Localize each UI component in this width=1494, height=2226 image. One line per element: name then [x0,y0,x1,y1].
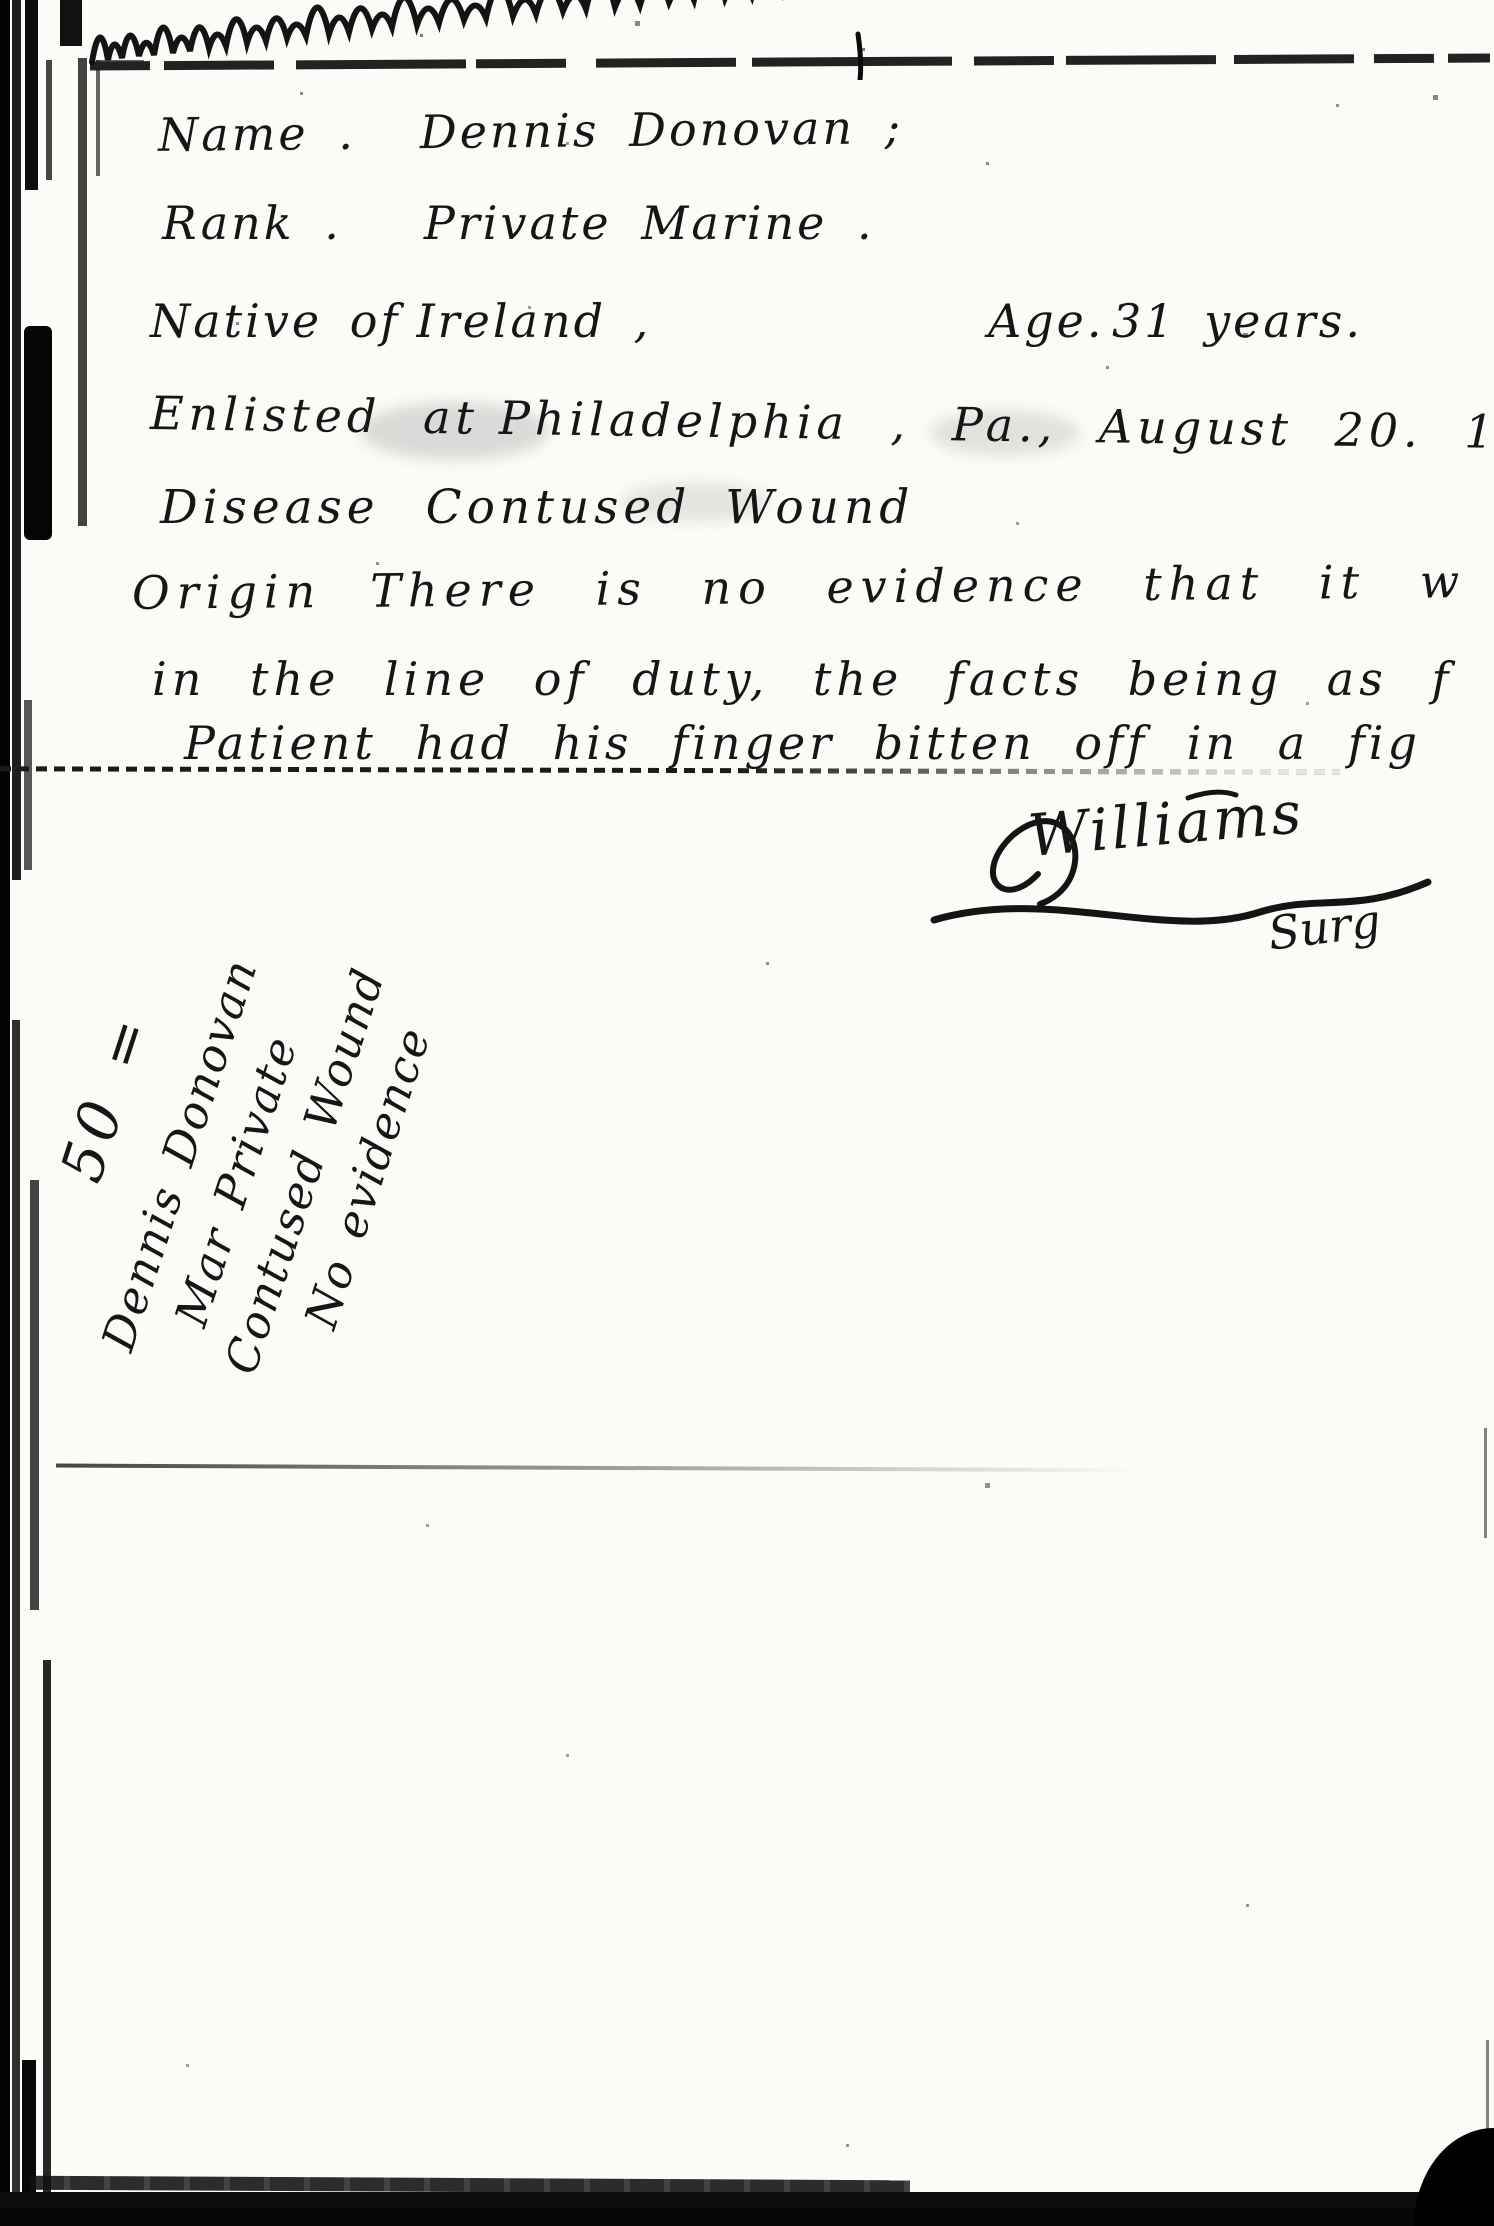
record-line-name: Name .Dennis Donovan ; [158,100,904,162]
signature-block: Williams Surg [920,778,1494,988]
section-divider-rule [56,1464,1186,1473]
binding-streak [46,60,52,180]
record-line-origin-continued: Patient had his finger bitten off in a f… [184,716,1421,770]
binding-streak [0,0,10,2226]
binding-streak [78,58,87,526]
disease-field-value: Contused Wound [426,480,915,535]
bottom-edge-band [0,2208,1494,2226]
top-cutoff-scrawl [0,0,1494,80]
binding-streak [24,326,52,540]
origin-field-label: Origin [132,564,323,620]
record-line-native-age: Native ofIreland , Age. 31 years. [150,294,1494,348]
age-field-label: Age. [988,294,1105,348]
name-field-value: Dennis Donovan ; [419,100,903,159]
scan-edge-mark [1484,1428,1487,1538]
margin-annotation: 50 = Dennis Donovan Mar Private Contused… [4,780,497,1416]
scan-edge-mark [1486,2040,1489,2140]
bottom-edge-band [0,2192,1494,2209]
page-corner-line [96,60,144,64]
disease-field-label: Disease [160,480,380,535]
binding-streak [60,0,82,46]
record-line-rank: Rank .Private Marine . [162,196,875,250]
page-corner-line [96,60,100,176]
bottom-corner-shadow [1414,2128,1494,2226]
rank-field-label: Rank . [162,196,342,250]
enlisted-field-value: Philadelphia , Pa., August 20. 18 [499,391,1494,459]
native-field-value: Ireland , [416,294,651,348]
binding-streak [24,700,32,870]
record-line-enlisted: Enlisted atPhiladelphia , Pa., August 20… [150,386,1494,460]
enlisted-field-label: Enlisted at [150,386,480,445]
binding-streak [25,0,38,190]
paper-speckles [0,0,3,3]
age-field-value: 31 years. [1112,294,1363,348]
binding-streak [12,0,21,880]
record-line-disease: DiseaseContused Wound [160,480,914,535]
rank-field-value: Private Marine . [424,196,875,250]
record-line-origin-continued: in the line of duty, the facts being as … [152,652,1453,706]
binding-streak [43,1660,51,2226]
name-field-label: Name . [158,106,356,162]
native-field-label: Native of [150,294,400,348]
document-page: Name .Dennis Donovan ; Rank .Private Mar… [0,0,1494,2226]
record-line-origin: OriginThere is no evidence that it w [132,554,1467,620]
binding-streak [12,1020,20,2226]
origin-field-value: There is no evidence that it w [370,554,1466,618]
